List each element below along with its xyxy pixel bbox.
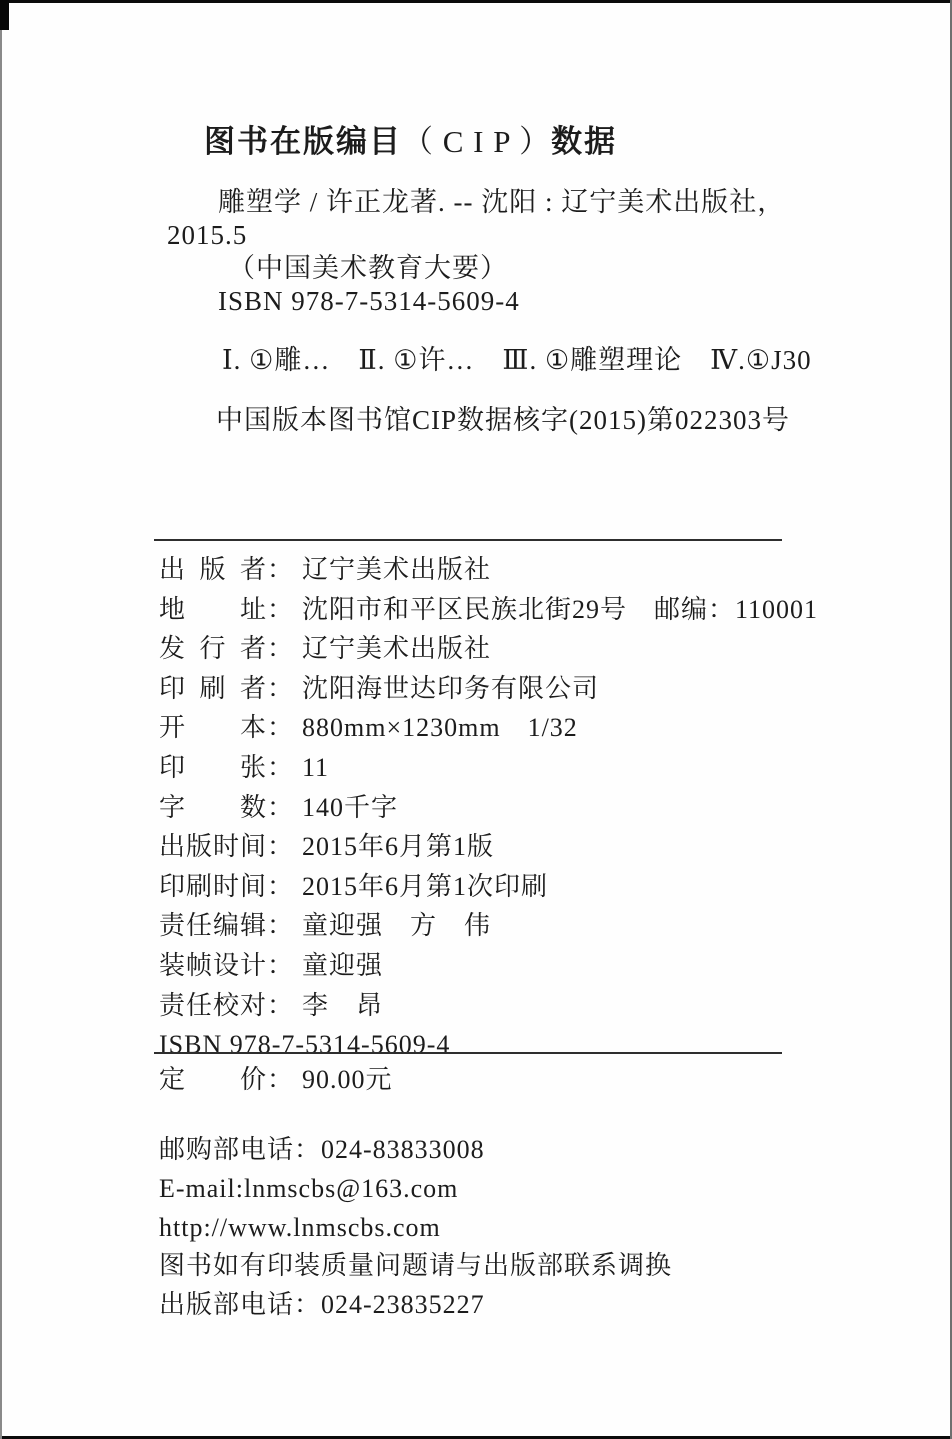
divider-bottom <box>154 1052 782 1054</box>
colophon-row-colon: ： <box>267 629 294 669</box>
colophon-row-colon: ： <box>267 827 294 867</box>
colophon-row-value: 辽宁美术出版社 <box>302 634 491 663</box>
colophon-row-label: 装帧设计 <box>159 946 267 986</box>
colophon-row-colon: ： <box>267 986 294 1026</box>
cip-isbn-line: ISBN 978-7-5314-5609-4 <box>167 285 907 318</box>
colophon-row: 出版时间：2015年6月第1版 <box>159 827 818 867</box>
cip-classification-line: Ⅰ. ①雕… Ⅱ. ①许… Ⅲ. ①雕塑理论 Ⅳ.①J30 <box>222 338 812 377</box>
contact-line: 图书如有印装质量问题请与出版部联系调换 <box>159 1247 672 1286</box>
colophon-row-price: 定价：90.00元 <box>159 1060 393 1100</box>
price-colon: ： <box>267 1060 294 1100</box>
colophon-row-value: 2015年6月第1次印刷 <box>302 872 548 901</box>
colophon-row: 字数：140千字 <box>159 788 818 828</box>
colophon-row: 地址：沈阳市和平区民族北街29号 邮编：110001 <box>159 590 818 630</box>
price-label: 定价 <box>159 1060 267 1100</box>
cip-series-note: （中国美术教育大要） <box>167 252 907 285</box>
cip-title-paren: （ C I P ） <box>402 124 551 159</box>
colophon-row-value: 2015年6月第1版 <box>302 832 494 861</box>
colophon-row: 装帧设计：童迎强 <box>159 946 818 986</box>
cip-title-prefix: 图书在版编目 <box>204 124 402 159</box>
colophon-row-value: 沈阳海世达印务有限公司 <box>302 674 599 703</box>
contact-list: 邮购部电话：024-83833008E-mail:lnmscbs@163.com… <box>159 1131 672 1325</box>
colophon-row-label: 字数 <box>159 788 267 828</box>
contact-line: 出版部电话：024-23835227 <box>159 1286 672 1325</box>
colophon-row: 发行者：辽宁美术出版社 <box>159 629 818 669</box>
colophon-row: 印张：11 <box>159 748 818 788</box>
colophon-row-value: 140千字 <box>302 793 398 822</box>
colophon-row-value: 童迎强 <box>302 951 383 980</box>
colophon-row-label: 责任编辑 <box>159 906 267 946</box>
colophon-row-value: 童迎强 方 伟 <box>302 911 491 940</box>
colophon-row-label: 印刷者 <box>159 669 267 709</box>
colophon-row-label: 出版者 <box>159 550 267 590</box>
colophon-row-value: 沈阳市和平区民族北街29号 邮编：110001 <box>302 595 818 624</box>
colophon-row-colon: ： <box>267 788 294 828</box>
colophon-row-colon: ： <box>267 669 294 709</box>
colophon-row-colon: ： <box>267 550 294 590</box>
colophon-row-label: 出版时间 <box>159 827 267 867</box>
contact-line: 邮购部电话：024-83833008 <box>159 1131 672 1170</box>
price-value: 90.00元 <box>302 1065 393 1094</box>
cip-description: 雕塑学 / 许正龙著. -- 沈阳 : 辽宁美术出版社， 2015.5 （中国美… <box>167 186 907 318</box>
colophon-row: 印刷者：沈阳海世达印务有限公司 <box>159 669 818 709</box>
scanned-copyright-page: 图书在版编目（ C I P ）数据 雕塑学 / 许正龙著. -- 沈阳 : 辽宁… <box>0 0 952 1439</box>
colophon-row-value: 11 <box>302 753 329 782</box>
colophon-row-value: 辽宁美术出版社 <box>302 555 491 584</box>
colophon-row: 责任校对：李 昂 <box>159 986 818 1026</box>
price-row-container: 定价：90.00元 <box>159 1060 393 1100</box>
scan-edge-top <box>0 0 952 3</box>
colophon-row-label: 发行者 <box>159 629 267 669</box>
colophon-row: ISBN 978-7-5314-5609-4 <box>159 1025 818 1065</box>
colophon-row-colon: ： <box>267 946 294 986</box>
divider-top <box>154 539 782 541</box>
colophon-row-colon: ： <box>267 867 294 907</box>
colophon-row-label: 责任校对 <box>159 986 267 1026</box>
cip-title-suffix: 数据 <box>551 124 617 159</box>
colophon-row: 出版者：辽宁美术出版社 <box>159 550 818 590</box>
colophon-row-label: 印刷时间 <box>159 867 267 907</box>
cip-title: 图书在版编目（ C I P ）数据 <box>204 116 617 161</box>
colophon-row-value: 880mm×1230mm 1/32 <box>302 713 578 742</box>
colophon-row-colon: ： <box>267 906 294 946</box>
colophon-row-label: 印张 <box>159 748 267 788</box>
colophon-row: 开本：880mm×1230mm 1/32 <box>159 708 818 748</box>
colophon-list: 出版者：辽宁美术出版社地址：沈阳市和平区民族北街29号 邮编：110001发行者… <box>159 550 818 1065</box>
colophon-row: 责任编辑：童迎强 方 伟 <box>159 906 818 946</box>
colophon-row-label: 开本 <box>159 708 267 748</box>
colophon-row-value: ISBN 978-7-5314-5609-4 <box>159 1030 450 1059</box>
colophon-row-label: 地址 <box>159 590 267 630</box>
scan-corner-mark <box>0 0 9 30</box>
colophon-row-value: 李 昂 <box>302 991 383 1020</box>
cip-description-line1: 雕塑学 / 许正龙著. -- 沈阳 : 辽宁美术出版社， <box>167 186 907 219</box>
scan-edge-left <box>0 0 2 1439</box>
colophon-row-colon: ： <box>267 748 294 788</box>
colophon-row-colon: ： <box>267 590 294 630</box>
colophon-row: 印刷时间：2015年6月第1次印刷 <box>159 867 818 907</box>
contact-line: http://www.lnmscbs.com <box>159 1209 672 1248</box>
cip-description-line2: 2015.5 <box>167 219 907 252</box>
contact-line: E-mail:lnmscbs@163.com <box>159 1170 672 1209</box>
colophon-row-colon: ： <box>267 708 294 748</box>
cip-record-line: 中国版本图书馆CIP数据核字(2015)第022303号 <box>216 398 790 437</box>
